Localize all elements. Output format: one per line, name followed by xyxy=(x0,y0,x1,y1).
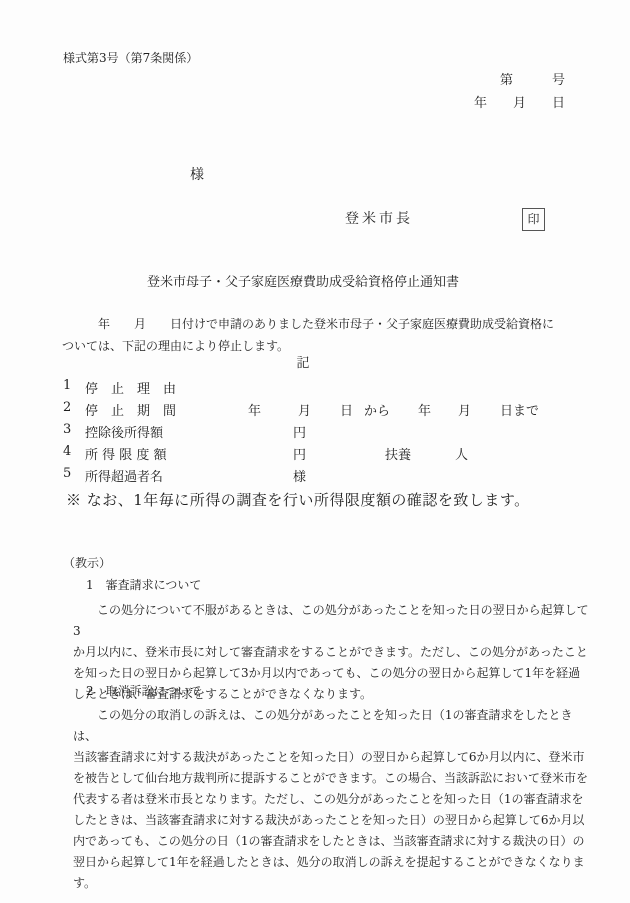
item-number: 1 xyxy=(63,378,71,393)
dependents-label: 扶養 xyxy=(385,444,411,463)
section-heading-lawsuit: 2取消訴訟について xyxy=(86,684,201,699)
ki-heading: 記 xyxy=(0,356,606,372)
item-label: 所得超過者名 xyxy=(85,466,163,485)
form-number: 様式第3号（第7条関係） xyxy=(63,51,198,66)
item-number: 4 xyxy=(63,444,71,459)
recipient-honorific: 様 xyxy=(190,167,204,185)
year-to-label: 年 xyxy=(418,400,431,419)
day-from-label: 日 xyxy=(340,400,353,419)
item-number: 3 xyxy=(63,422,71,437)
item-row-income-limit: 4 所 得 限 度 額 円 扶養 人 xyxy=(0,444,630,466)
item-number: 2 xyxy=(63,400,71,415)
item-row-suspension-reason: 1 停 止 理 由 xyxy=(0,378,630,400)
intro-paragraph: 年 月 日付けで申請のありました登米市母子・父子家庭医療費助成受給資格に ついて… xyxy=(62,313,582,357)
section-number: 2 xyxy=(86,684,94,698)
from-label: から xyxy=(364,400,390,419)
date-line: 年 月 日 xyxy=(474,96,565,112)
item-row-over-income-person: 5 所得超過者名 様 xyxy=(0,466,630,488)
document-number-line: 第 号 xyxy=(500,73,565,89)
yen-label: 円 xyxy=(293,444,306,463)
seal-box: 印 xyxy=(522,208,545,231)
instructions-heading: （教示） xyxy=(63,556,111,571)
month-to-label: 月 xyxy=(458,400,471,419)
persons-label: 人 xyxy=(455,444,468,463)
item-label: 所 得 限 度 額 xyxy=(85,444,167,463)
income-check-note: ※ なお、1年毎に所得の調査を行い所得限度額の確認を致します。 xyxy=(66,491,530,510)
section-heading-appeal: 1審査請求について xyxy=(86,578,201,593)
item-label: 停 止 期 間 xyxy=(85,400,176,419)
section-title: 取消訴訟について xyxy=(106,684,202,698)
item-number: 5 xyxy=(63,466,71,481)
document-page: 様式第3号（第7条関係） 第 号 年 月 日 様 登米市長 印 登米市母子・父子… xyxy=(0,0,630,903)
day-until-label: 日まで xyxy=(500,400,539,419)
honorific-label: 様 xyxy=(293,466,306,485)
item-label: 停 止 理 由 xyxy=(85,378,176,397)
section-title: 審査請求について xyxy=(106,578,202,592)
issuer-name: 登米市長 xyxy=(345,211,413,229)
item-row-income-after-deduction: 3 控除後所得額 円 xyxy=(0,422,630,444)
document-title: 登米市母子・父子家庭医療費助成受給資格停止通知書 xyxy=(0,275,606,291)
item-label: 控除後所得額 xyxy=(85,422,163,441)
item-row-suspension-period: 2 停 止 期 間 年 月 日 から 年 月 日まで xyxy=(0,400,630,422)
yen-label: 円 xyxy=(293,422,306,441)
seal-label: 印 xyxy=(527,212,539,227)
lawsuit-paragraph: この処分の取消しの訴えは、この処分があったことを知った日（1の審査請求をしたとき… xyxy=(73,705,593,894)
section-number: 1 xyxy=(86,578,94,592)
year-from-label: 年 xyxy=(248,400,261,419)
month-from-label: 月 xyxy=(298,400,311,419)
